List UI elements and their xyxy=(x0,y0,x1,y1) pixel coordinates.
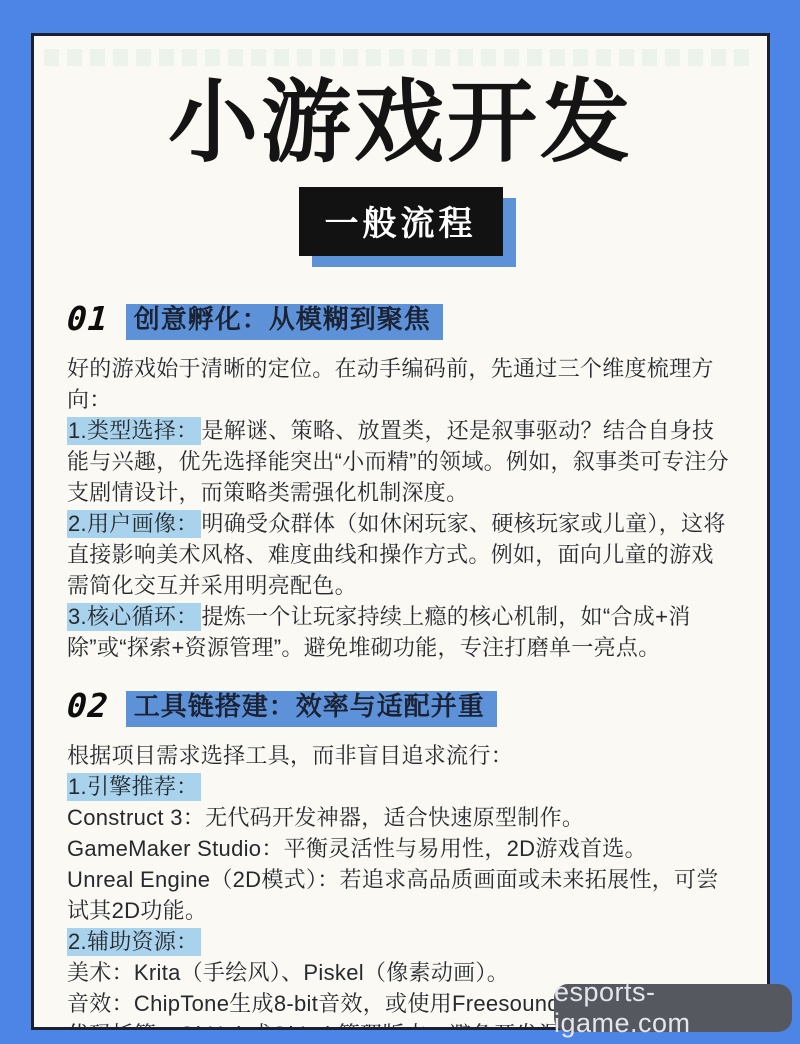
paragraph: 根据项目需求选择工具，而非盲目追求流行： xyxy=(67,740,735,771)
section-heading: 创意孵化：从模糊到聚焦 xyxy=(126,298,443,340)
section-number: 02 xyxy=(66,686,110,725)
paragraph: 1.类型选择：是解谜、策略、放置类，还是叙事驱动？结合自身技能与兴趣，优先选择能… xyxy=(67,415,735,508)
content-area: 01 创意孵化：从模糊到聚焦 好的游戏始于清晰的定位。在动手编码前，先通过三个维… xyxy=(34,256,767,1031)
section-header: 02 工具链搭建：效率与适配并重 xyxy=(67,685,735,727)
watermark-badge: esports-igame.com xyxy=(554,984,792,1032)
keyword-highlight: 1.类型选择： xyxy=(67,417,201,445)
paragraph: 好的游戏始于清晰的定位。在动手编码前，先通过三个维度梳理方向： xyxy=(67,353,735,415)
faded-pattern-strip xyxy=(44,49,757,66)
paragraph-text: 根据项目需求选择工具，而非盲目追求流行： xyxy=(67,743,513,768)
paragraph-text: Unreal Engine（2D模式）：若追求高品质画面或未来拓展性，可尝试其2… xyxy=(67,867,719,923)
paragraph-text: 好的游戏始于清晰的定位。在动手编码前，先通过三个维度梳理方向： xyxy=(67,356,714,412)
paragraph: 1.引擎推荐： xyxy=(67,771,735,802)
page-title: 小游戏开发 xyxy=(34,76,767,171)
paragraph-text: 代码托管：GitHub或GitLab管理版本，避免开发混乱。 xyxy=(67,1022,605,1031)
paragraph: 3.核心循环：提炼一个让玩家持续上瘾的核心机制，如“合成+消除”或“探索+资源管… xyxy=(67,601,735,663)
subtitle-row: 一般流程 xyxy=(34,187,767,256)
infographic-card: 小游戏开发 一般流程 01 创意孵化：从模糊到聚焦 好的游戏始于清晰的定位。在动… xyxy=(31,33,770,1030)
paragraph: GameMaker Studio：平衡灵活性与易用性，2D游戏首选。 xyxy=(67,833,735,864)
paragraph: Construct 3：无代码开发神器，适合快速原型制作。 xyxy=(67,802,735,833)
keyword-highlight: 2.辅助资源： xyxy=(67,928,201,956)
paragraph: 2.用户画像：明确受众群体（如休闲玩家、硬核玩家或儿童），这将直接影响美术风格、… xyxy=(67,508,735,601)
keyword-highlight: 3.核心循环： xyxy=(67,603,201,631)
paragraph: 2.辅助资源： xyxy=(67,926,735,957)
paragraph-text: GameMaker Studio：平衡灵活性与易用性，2D游戏首选。 xyxy=(67,836,647,861)
subtitle-badge: 一般流程 xyxy=(299,187,503,256)
section-number: 01 xyxy=(66,299,110,338)
section-body: 好的游戏始于清晰的定位。在动手编码前，先通过三个维度梳理方向：1.类型选择：是解… xyxy=(67,353,735,663)
keyword-highlight: 1.引擎推荐： xyxy=(67,773,201,801)
section-header: 01 创意孵化：从模糊到聚焦 xyxy=(67,298,735,340)
paragraph-text: Construct 3：无代码开发神器，适合快速原型制作。 xyxy=(67,805,584,830)
section-idea-incubation: 01 创意孵化：从模糊到聚焦 好的游戏始于清晰的定位。在动手编码前，先通过三个维… xyxy=(67,298,735,663)
paragraph: Unreal Engine（2D模式）：若追求高品质画面或未来拓展性，可尝试其2… xyxy=(67,864,735,926)
paragraph-text: 美术：Krita（手绘风）、Piskel（像素动画）。 xyxy=(67,960,509,985)
section-heading: 工具链搭建：效率与适配并重 xyxy=(126,685,497,727)
keyword-highlight: 2.用户画像： xyxy=(67,510,201,538)
